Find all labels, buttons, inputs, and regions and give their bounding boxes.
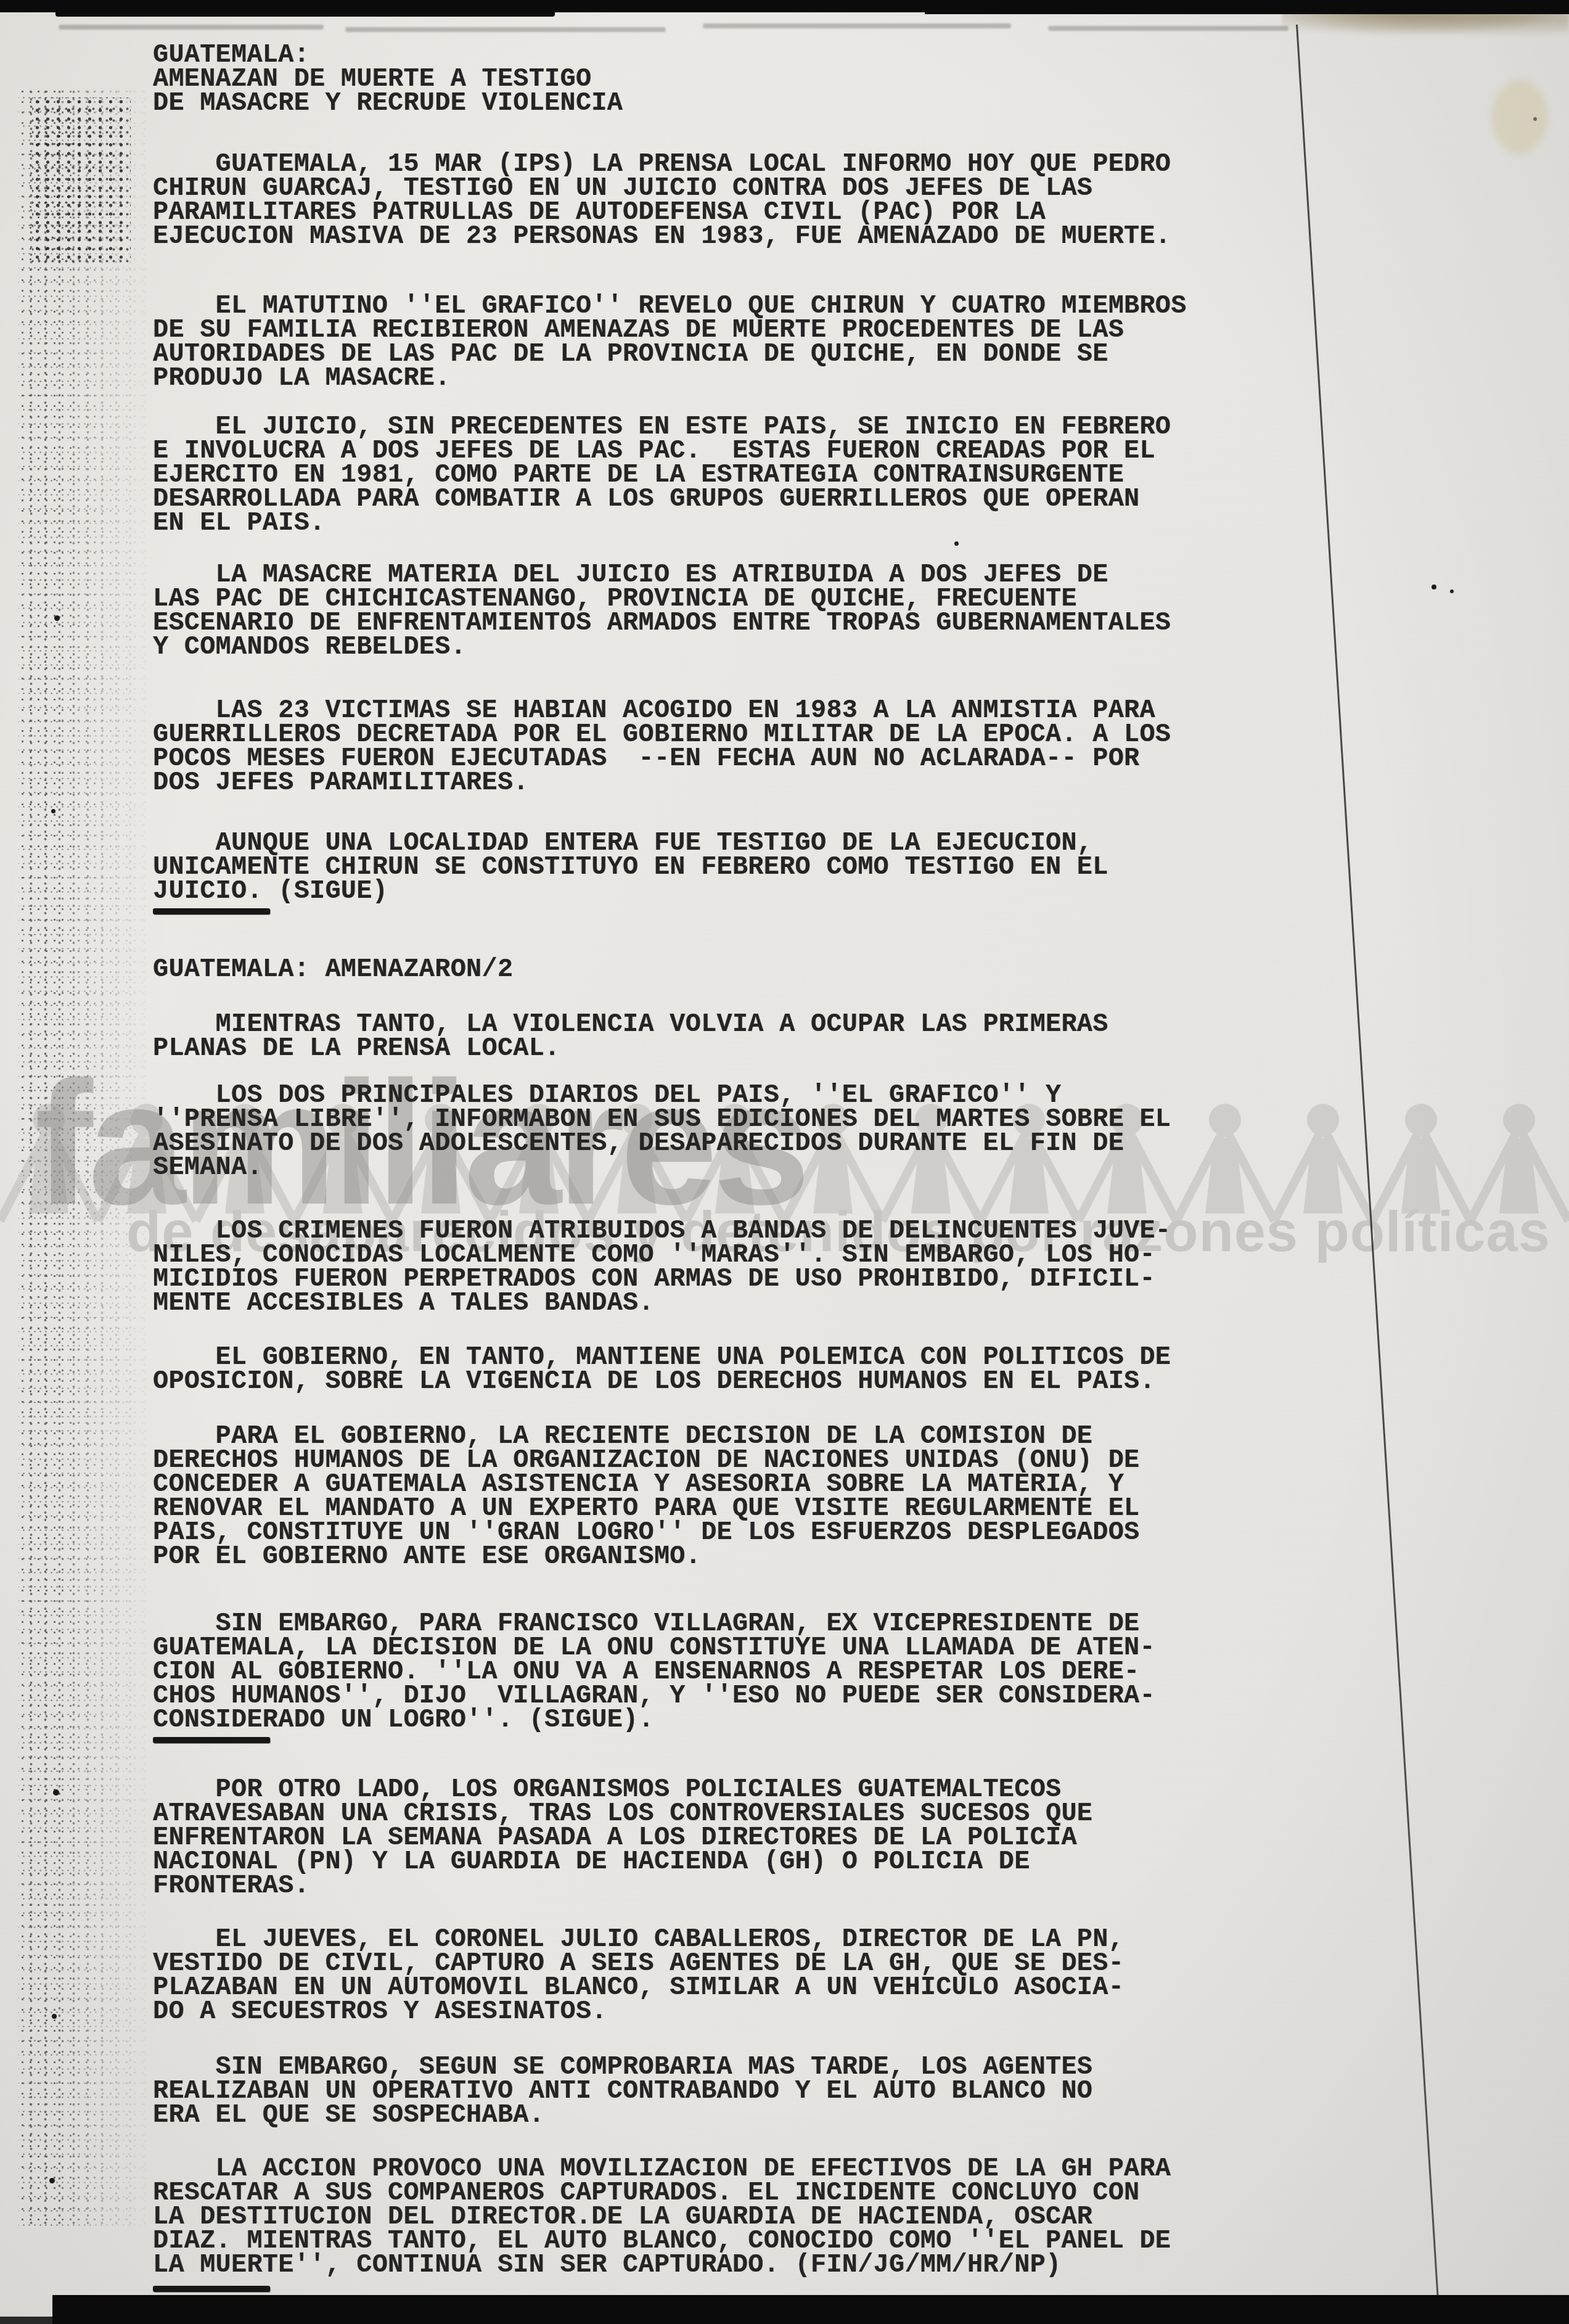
paragraph-6: AUNQUE UNA LOCALIDAD ENTERA FUE TESTIGO …: [153, 831, 1187, 903]
scan-artifact: [1533, 117, 1537, 121]
paragraph-11: PARA EL GOBIERNO, LA RECIENTE DECISION D…: [153, 1424, 1187, 1569]
typed-divider-2: [153, 1737, 270, 1743]
scan-artifact: [51, 809, 55, 813]
paragraph-1: GUATEMALA, 15 MAR (IPS) LA PRENSA LOCAL …: [153, 152, 1187, 248]
scan-artifact: [345, 27, 666, 32]
story-slug: GUATEMALA: AMENAZARON/2: [153, 958, 1187, 982]
scan-stain: [1492, 80, 1547, 154]
paragraph-3: EL JUICIO, SIN PRECEDENTES EN ESTE PAIS,…: [153, 415, 1187, 535]
scan-artifact: [1048, 26, 1288, 31]
scan-artifact: [954, 541, 959, 546]
scan-artifact: [703, 23, 1011, 28]
scan-artifact: [52, 2014, 57, 2019]
scan-top-edge: [55, 0, 555, 17]
scan-noise-blotch: [32, 97, 131, 264]
scan-top-edge: [925, 0, 1569, 14]
typewritten-text-block: GUATEMALA: AMENAZAN DE MUERTE A TESTIGO …: [153, 43, 1187, 2292]
paragraph-5: LAS 23 VICTIMAS SE HABIAN ACOGIDO EN 198…: [153, 699, 1187, 795]
scan-artifact: [1450, 589, 1454, 593]
scan-artifact: [49, 2178, 55, 2183]
scan-artifact: [1432, 585, 1436, 589]
paragraph-4: LA MASACRE MATERIA DEL JUICIO ES ATRIBUI…: [153, 563, 1187, 659]
scanned-document-page: { "doc": { "heading": "GUATEMALA:\nAMENA…: [0, 0, 1569, 2324]
paragraph-10: EL GOBIERNO, EN TANTO, MANTIENE UNA POLE…: [153, 1345, 1187, 1394]
paragraph-15: SIN EMBARGO, SEGUN SE COMPROBARIA MAS TA…: [153, 2055, 1187, 2127]
scan-artifact: [59, 25, 324, 30]
paragraph-2: EL MATUTINO ''EL GRAFICO'' REVELO QUE CH…: [153, 294, 1187, 390]
scan-artifact: [53, 1789, 59, 1796]
scan-bottom-edge: [0, 2317, 1569, 2324]
story-heading: GUATEMALA: AMENAZAN DE MUERTE A TESTIGO …: [153, 43, 1187, 115]
paragraph-8: LOS DOS PRINCIPALES DIARIOS DEL PAIS, ''…: [153, 1083, 1187, 1180]
typed-divider-1: [153, 908, 270, 914]
paragraph-9: LOS CRIMENES FUERON ATRIBUIDOS A BANDAS …: [153, 1219, 1187, 1315]
paragraph-14: EL JUEVES, EL CORONEL JULIO CABALLEROS, …: [153, 1928, 1187, 2024]
paragraph-12: SIN EMBARGO, PARA FRANCISCO VILLAGRAN, E…: [153, 1612, 1187, 1732]
typed-divider-3: [153, 2286, 270, 2292]
paragraph-13: POR OTRO LADO, LOS ORGANISMOS POLICIALES…: [153, 1778, 1187, 1898]
paragraph-16: LA ACCION PROVOCO UNA MOVILIZACION DE EF…: [153, 2157, 1187, 2277]
paragraph-7: MIENTRAS TANTO, LA VIOLENCIA VOLVIA A OC…: [153, 1012, 1187, 1061]
scan-artifact: [54, 615, 60, 621]
